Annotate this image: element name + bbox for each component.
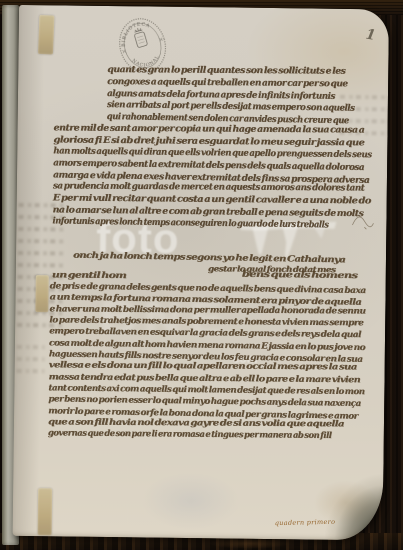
manuscript-line: bens que als homens: [242, 270, 358, 281]
ghost-text-line: [340, 95, 389, 100]
ghost-text-line: [17, 357, 45, 361]
manuscript-page: BNE foto com: [13, 5, 389, 540]
ghost-text-line: [17, 345, 45, 349]
ghost-text-line: [18, 251, 64, 256]
ghost-text-line: [18, 227, 64, 232]
manuscript-line: que a son fill havia nol dexava gayre de…: [48, 417, 344, 429]
manuscript-line: congoxes a aquells qui treballen en amor…: [107, 77, 347, 89]
folio-number: 1: [364, 27, 376, 44]
photo-frame: BNE foto com: [0, 0, 403, 550]
manuscript-line: governas que de son pare li era romasa e…: [48, 428, 332, 441]
manuscript-line: entre mil de sant amor per copia un qui …: [54, 123, 365, 135]
manuscript-line: un gentil hom: [52, 270, 126, 281]
tape-repair-tab-top: [38, 15, 54, 55]
ghost-text-line: [18, 239, 64, 244]
ghost-text-line: [17, 369, 45, 373]
ghost-text-line: [18, 263, 64, 268]
manuscript-line: quant es gran lo perill quantes son les …: [107, 65, 345, 77]
manuscript-line: vellesa e els dona un fill lo qual apell…: [49, 360, 357, 372]
ink-squiggle: [348, 207, 378, 233]
manuscript-line: sa prudencia molt guardas de mercet en a…: [53, 181, 364, 193]
tape-repair-tab-bottom: [38, 488, 53, 535]
stamp-text-top: BIBLIOTECA: [115, 18, 155, 48]
svg-text:BIBLIOTECA: BIBLIOTECA: [115, 18, 155, 48]
manuscript-line: e haver una molt bellissima dona per mul…: [49, 304, 365, 316]
corner-curl-shadow: [323, 468, 386, 541]
tape-repair-tab-middle: [35, 275, 48, 312]
manuscript-line: E per mi vull recitar quant costa a un g…: [53, 193, 371, 206]
manuscript-line: sien arribats al port per ells desijat m…: [107, 100, 355, 114]
